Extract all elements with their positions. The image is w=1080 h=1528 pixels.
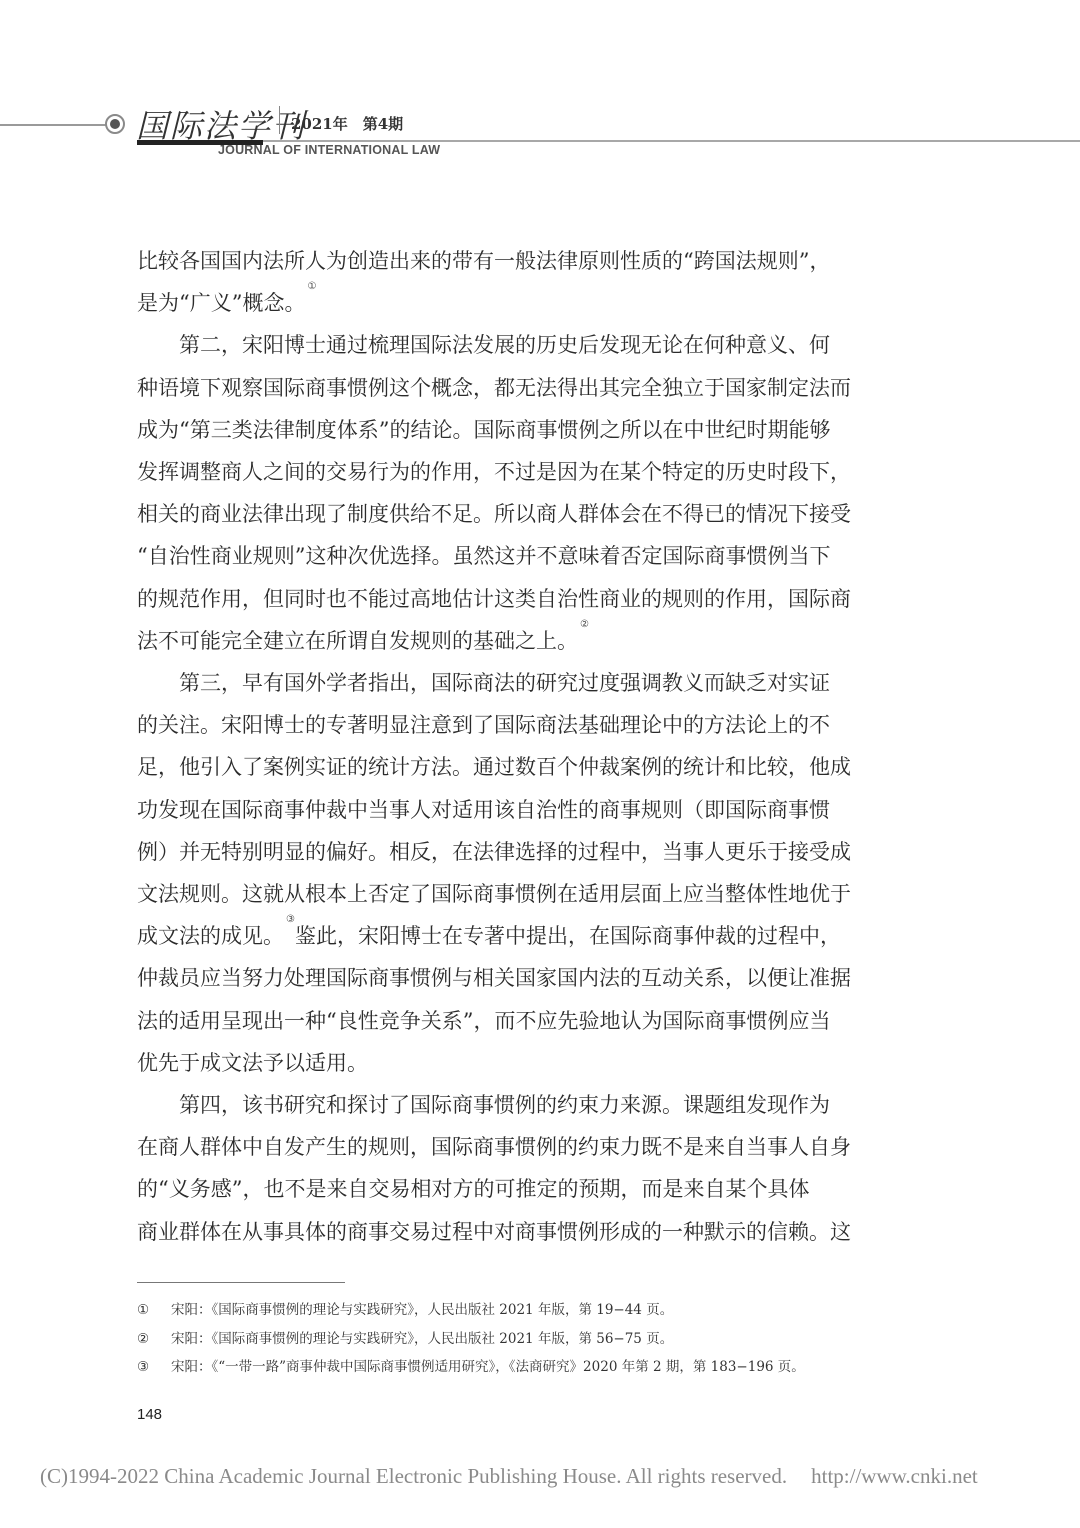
footnote-ref[interactable]: ① [307, 281, 316, 292]
footnote-mark: ① [137, 1296, 171, 1325]
paragraph-2: 第二，宋阳博士通过梳理国际法发展的历史后发现无论在何种意义、何 种语境下观察国际… [137, 324, 870, 662]
text-line: 商业群体在从事具体的商事交易过程中对商事惯例形成的一种默示的信赖。这 [137, 1211, 870, 1253]
issue-label: 2021年 第4期 [291, 113, 403, 134]
text-line: 是为“广义”概念。① [137, 282, 870, 324]
text-line: 在商人群体中自发产生的规则，国际商事惯例的约束力既不是来自当事人自身 [137, 1126, 870, 1168]
cnki-link[interactable]: http://www.cnki.net [811, 1464, 978, 1488]
footnotes: ① 宋阳：《国际商事惯例的理论与实践研究》，人民出版社 2021 年版，第 19… [137, 1296, 897, 1382]
paragraph-1: 比较各国国内法所人为创造出来的带有一般法律原则性质的“跨国法规则”， 是为“广义… [137, 240, 870, 324]
footnote-text: 宋阳：《国际商事惯例的理论与实践研究》，人民出版社 2021 年版，第 56−7… [171, 1325, 673, 1354]
footnote-ref[interactable]: ② [580, 619, 589, 630]
text-line: 仲裁员应当努力处理国际商事惯例与相关国家国内法的互动关系，以便让准据 [137, 957, 870, 999]
text-line: 发挥调整商人之间的交易行为的作用，不过是因为在某个特定的历史时段下， [137, 451, 870, 493]
text-line: “自治性商业规则”这种次优选择。虽然这并不意味着否定国际商事惯例当下 [137, 535, 870, 577]
footnote-2: ② 宋阳：《国际商事惯例的理论与实践研究》，人民出版社 2021 年版，第 56… [137, 1325, 897, 1354]
header-rule-right [263, 140, 1080, 142]
paragraph-4: 第四，该书研究和探讨了国际商事惯例的约束力来源。课题组发现作为 在商人群体中自发… [137, 1084, 870, 1253]
text-line: 文法规则。这就从根本上否定了国际商事惯例在适用层面上应当整体性地优于 [137, 873, 870, 915]
text-line: 优先于成文法予以适用。 [137, 1042, 870, 1084]
text-line: 的关注。宋阳博士的专著明显注意到了国际商法基础理论中的方法论上的不 [137, 704, 870, 746]
journal-title-en: JOURNAL OF INTERNATIONAL LAW [218, 143, 440, 157]
text-line: 功发现在国际商事仲裁中当事人对适用该自治性的商事规则（即国际商事惯 [137, 789, 870, 831]
text-line: 的规范作用，但同时也不能过高地估计这类自治性商业的规则的作用，国际商 [137, 578, 870, 620]
footnote-3: ③ 宋阳：《“一带一路”商事仲裁中国际商事惯例适用研究》，《法商研究》2020 … [137, 1353, 897, 1382]
text-line: 第二，宋阳博士通过梳理国际法发展的历史后发现无论在何种意义、何 [137, 324, 870, 366]
text-line: 的“义务感”，也不是来自交易相对方的可推定的预期，而是来自某个具体 [137, 1168, 870, 1210]
footnote-ref[interactable]: ③ [286, 914, 295, 925]
footnote-mark: ② [137, 1325, 171, 1354]
footnote-text: 宋阳：《“一带一路”商事仲裁中国际商事惯例适用研究》，《法商研究》2020 年第… [171, 1353, 805, 1382]
footnote-text: 宋阳：《国际商事惯例的理论与实践研究》，人民出版社 2021 年版，第 19−4… [171, 1296, 673, 1325]
text-line: 种语境下观察国际商事惯例这个概念，都无法得出其完全独立于国家制定法而 [137, 367, 870, 409]
footnote-rule [137, 1282, 345, 1283]
header-rule-left [0, 124, 108, 126]
copyright-notice: (C)1994-2022 China Academic Journal Elec… [40, 1464, 978, 1489]
header-separator [279, 106, 280, 134]
text-line: 法不可能完全建立在所谓自发规则的基础之上。② [137, 620, 870, 662]
bullet-circle-icon [105, 114, 125, 134]
text-line: 第三，早有国外学者指出，国际商法的研究过度强调教义而缺乏对实证 [137, 662, 870, 704]
text-line: 例）并无特别明显的偏好。相反，在法律选择的过程中，当事人更乐于接受成 [137, 831, 870, 873]
footnote-1: ① 宋阳：《国际商事惯例的理论与实践研究》，人民出版社 2021 年版，第 19… [137, 1296, 897, 1325]
text-line: 第四，该书研究和探讨了国际商事惯例的约束力来源。课题组发现作为 [137, 1084, 870, 1126]
footnote-mark: ③ [137, 1353, 171, 1382]
copyright-text: (C)1994-2022 China Academic Journal Elec… [40, 1464, 787, 1488]
paragraph-3: 第三，早有国外学者指出，国际商法的研究过度强调教义而缺乏对实证 的关注。宋阳博士… [137, 662, 870, 1084]
text-line: 成为“第三类法律制度体系”的结论。国际商事惯例之所以在中世纪时期能够 [137, 409, 870, 451]
text-line: 法的适用呈现出一种“良性竞争关系”，而不应先验地认为国际商事惯例应当 [137, 1000, 870, 1042]
text-line: 相关的商业法律出现了制度供给不足。所以商人群体会在不得已的情况下接受 [137, 493, 870, 535]
article-body: 比较各国国内法所人为创造出来的带有一般法律原则性质的“跨国法规则”， 是为“广义… [137, 240, 870, 1253]
text-line: 成文法的成见。③鉴此，宋阳博士在专著中提出，在国际商事仲裁的过程中， [137, 915, 870, 957]
text-line: 足，他引入了案例实证的统计方法。通过数百个仲裁案例的统计和比较，他成 [137, 746, 870, 788]
text-line: 比较各国国内法所人为创造出来的带有一般法律原则性质的“跨国法规则”， [137, 240, 870, 282]
page-number: 148 [137, 1406, 162, 1423]
